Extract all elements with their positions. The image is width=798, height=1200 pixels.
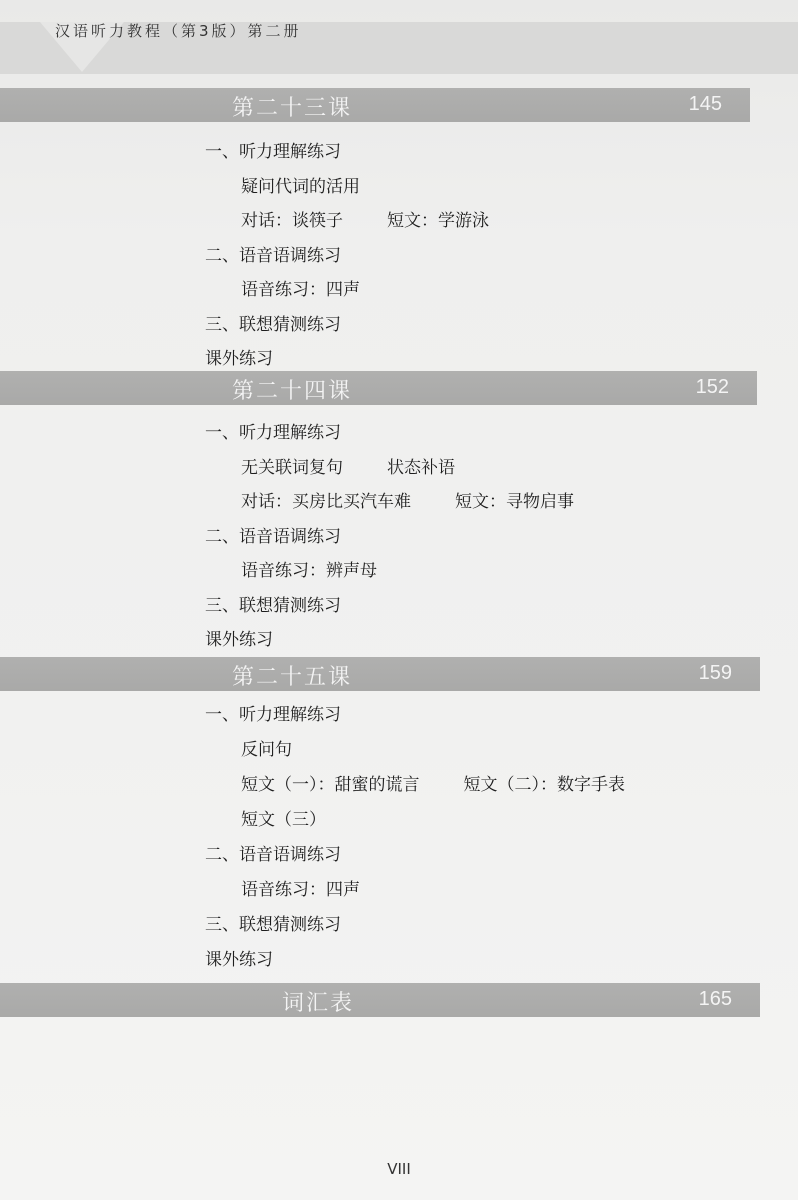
toc-entry[interactable]: 疑问代词的活用 bbox=[241, 172, 360, 197]
book-title: 汉语听力教程（第3版）第二册 bbox=[55, 20, 302, 41]
toc-entry[interactable]: 三、联想猜测练习 bbox=[205, 591, 341, 616]
lesson-title: 第二十五课 bbox=[232, 660, 352, 691]
toc-entry-part[interactable]: 无关联词复句 bbox=[241, 458, 343, 478]
lesson-25-bar[interactable]: 第二十五课 159 bbox=[0, 657, 760, 691]
toc-entry[interactable]: 一、听力理解练习 bbox=[205, 418, 341, 443]
toc-entry[interactable]: 二、语音语调练习 bbox=[205, 840, 341, 865]
page-folio: VIII bbox=[0, 1160, 798, 1178]
lesson-page-number: 159 bbox=[699, 662, 732, 685]
toc-entry[interactable]: 三、联想猜测练习 bbox=[205, 310, 341, 335]
toc-entry-part[interactable]: 短文（二）：数字手表 bbox=[464, 775, 626, 795]
toc-entry[interactable]: 课外练习 bbox=[205, 344, 273, 369]
toc-entry[interactable]: 语音练习：四声 bbox=[241, 875, 360, 900]
toc-entry-part[interactable]: 状态补语 bbox=[387, 458, 455, 478]
toc-entry[interactable]: 语音练习：辨声母 bbox=[241, 556, 377, 581]
toc-entry-part[interactable]: 对话：谈筷子 bbox=[241, 211, 343, 231]
toc-entry-part[interactable]: 短文：学游泳 bbox=[387, 211, 489, 231]
glossary-page-number: 165 bbox=[699, 988, 732, 1011]
toc-entry[interactable]: 反问句 bbox=[241, 735, 292, 760]
lesson-24-bar[interactable]: 第二十四课 152 bbox=[0, 371, 757, 405]
toc-entry[interactable]: 课外练习 bbox=[205, 625, 273, 650]
toc-entry[interactable]: 短文（一）：甜蜜的谎言短文（二）：数字手表 bbox=[241, 770, 625, 795]
toc-page: 汉语听力教程（第3版）第二册 第二十三课 145 一、听力理解练习 疑问代词的活… bbox=[0, 0, 798, 1200]
toc-entry[interactable]: 一、听力理解练习 bbox=[205, 137, 341, 162]
lesson-title: 第二十四课 bbox=[232, 374, 352, 405]
toc-entry[interactable]: 一、听力理解练习 bbox=[205, 700, 341, 725]
toc-entry[interactable]: 课外练习 bbox=[205, 945, 273, 970]
lesson-page-number: 152 bbox=[696, 376, 729, 399]
toc-entry[interactable]: 三、联想猜测练习 bbox=[205, 910, 341, 935]
toc-entry[interactable]: 无关联词复句状态补语 bbox=[241, 453, 455, 478]
toc-entry[interactable]: 短文（三） bbox=[241, 805, 326, 830]
toc-entry[interactable]: 语音练习：四声 bbox=[241, 275, 360, 300]
toc-entry[interactable]: 二、语音语调练习 bbox=[205, 522, 341, 547]
toc-entry[interactable]: 二、语音语调练习 bbox=[205, 241, 341, 266]
lesson-title: 第二十三课 bbox=[232, 91, 352, 122]
toc-entry-part[interactable]: 对话：买房比买汽车难 bbox=[241, 492, 411, 512]
toc-entry-part[interactable]: 短文：寻物启事 bbox=[455, 492, 574, 512]
lesson-page-number: 145 bbox=[689, 93, 722, 116]
toc-entry-part[interactable]: 短文（一）：甜蜜的谎言 bbox=[241, 775, 420, 795]
glossary-bar[interactable]: 词汇表 165 bbox=[0, 983, 760, 1017]
glossary-title: 词汇表 bbox=[282, 986, 354, 1017]
toc-entry[interactable]: 对话：谈筷子短文：学游泳 bbox=[241, 206, 489, 231]
toc-entry[interactable]: 对话：买房比买汽车难短文：寻物启事 bbox=[241, 487, 574, 512]
lesson-23-bar[interactable]: 第二十三课 145 bbox=[0, 88, 750, 122]
